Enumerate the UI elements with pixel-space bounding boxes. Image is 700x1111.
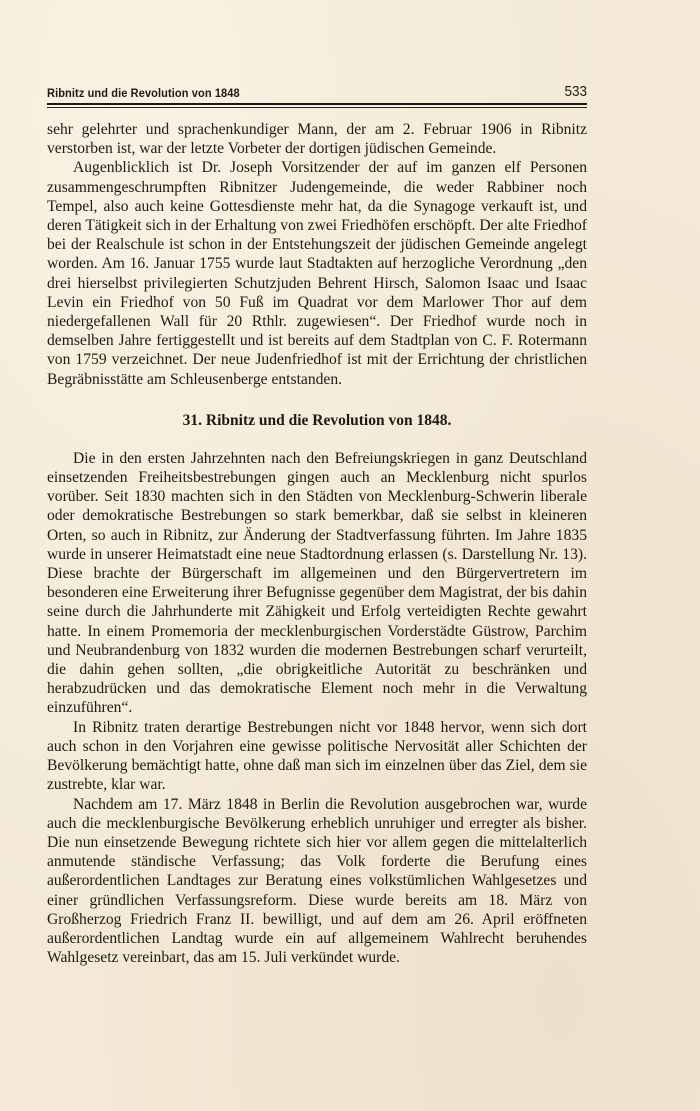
header-rule-thick bbox=[47, 103, 587, 105]
header-rule-thin bbox=[47, 107, 587, 108]
paragraph-continued: sehr gelehrter und sprachenkundiger Mann… bbox=[47, 120, 587, 158]
running-header: Ribnitz und die Revolution von 1848 533 bbox=[47, 80, 587, 100]
paragraph: Augenblicklich ist Dr. Joseph Vorsitzend… bbox=[47, 158, 587, 388]
paragraph: Die in den ersten Jahrzehnten nach den B… bbox=[47, 449, 587, 718]
running-title: Ribnitz und die Revolution von 1848 bbox=[47, 86, 240, 100]
body-text: sehr gelehrter und sprachenkundiger Mann… bbox=[47, 120, 587, 967]
section-heading: 31. Ribnitz und die Revolution von 1848. bbox=[47, 411, 587, 431]
paragraph: Nachdem am 17. März 1848 in Berlin die R… bbox=[47, 795, 587, 968]
page-number: 533 bbox=[564, 84, 587, 100]
paragraph: In Ribnitz traten derartige Bestrebungen… bbox=[47, 718, 587, 795]
book-page: Ribnitz und die Revolution von 1848 533 … bbox=[47, 80, 587, 967]
